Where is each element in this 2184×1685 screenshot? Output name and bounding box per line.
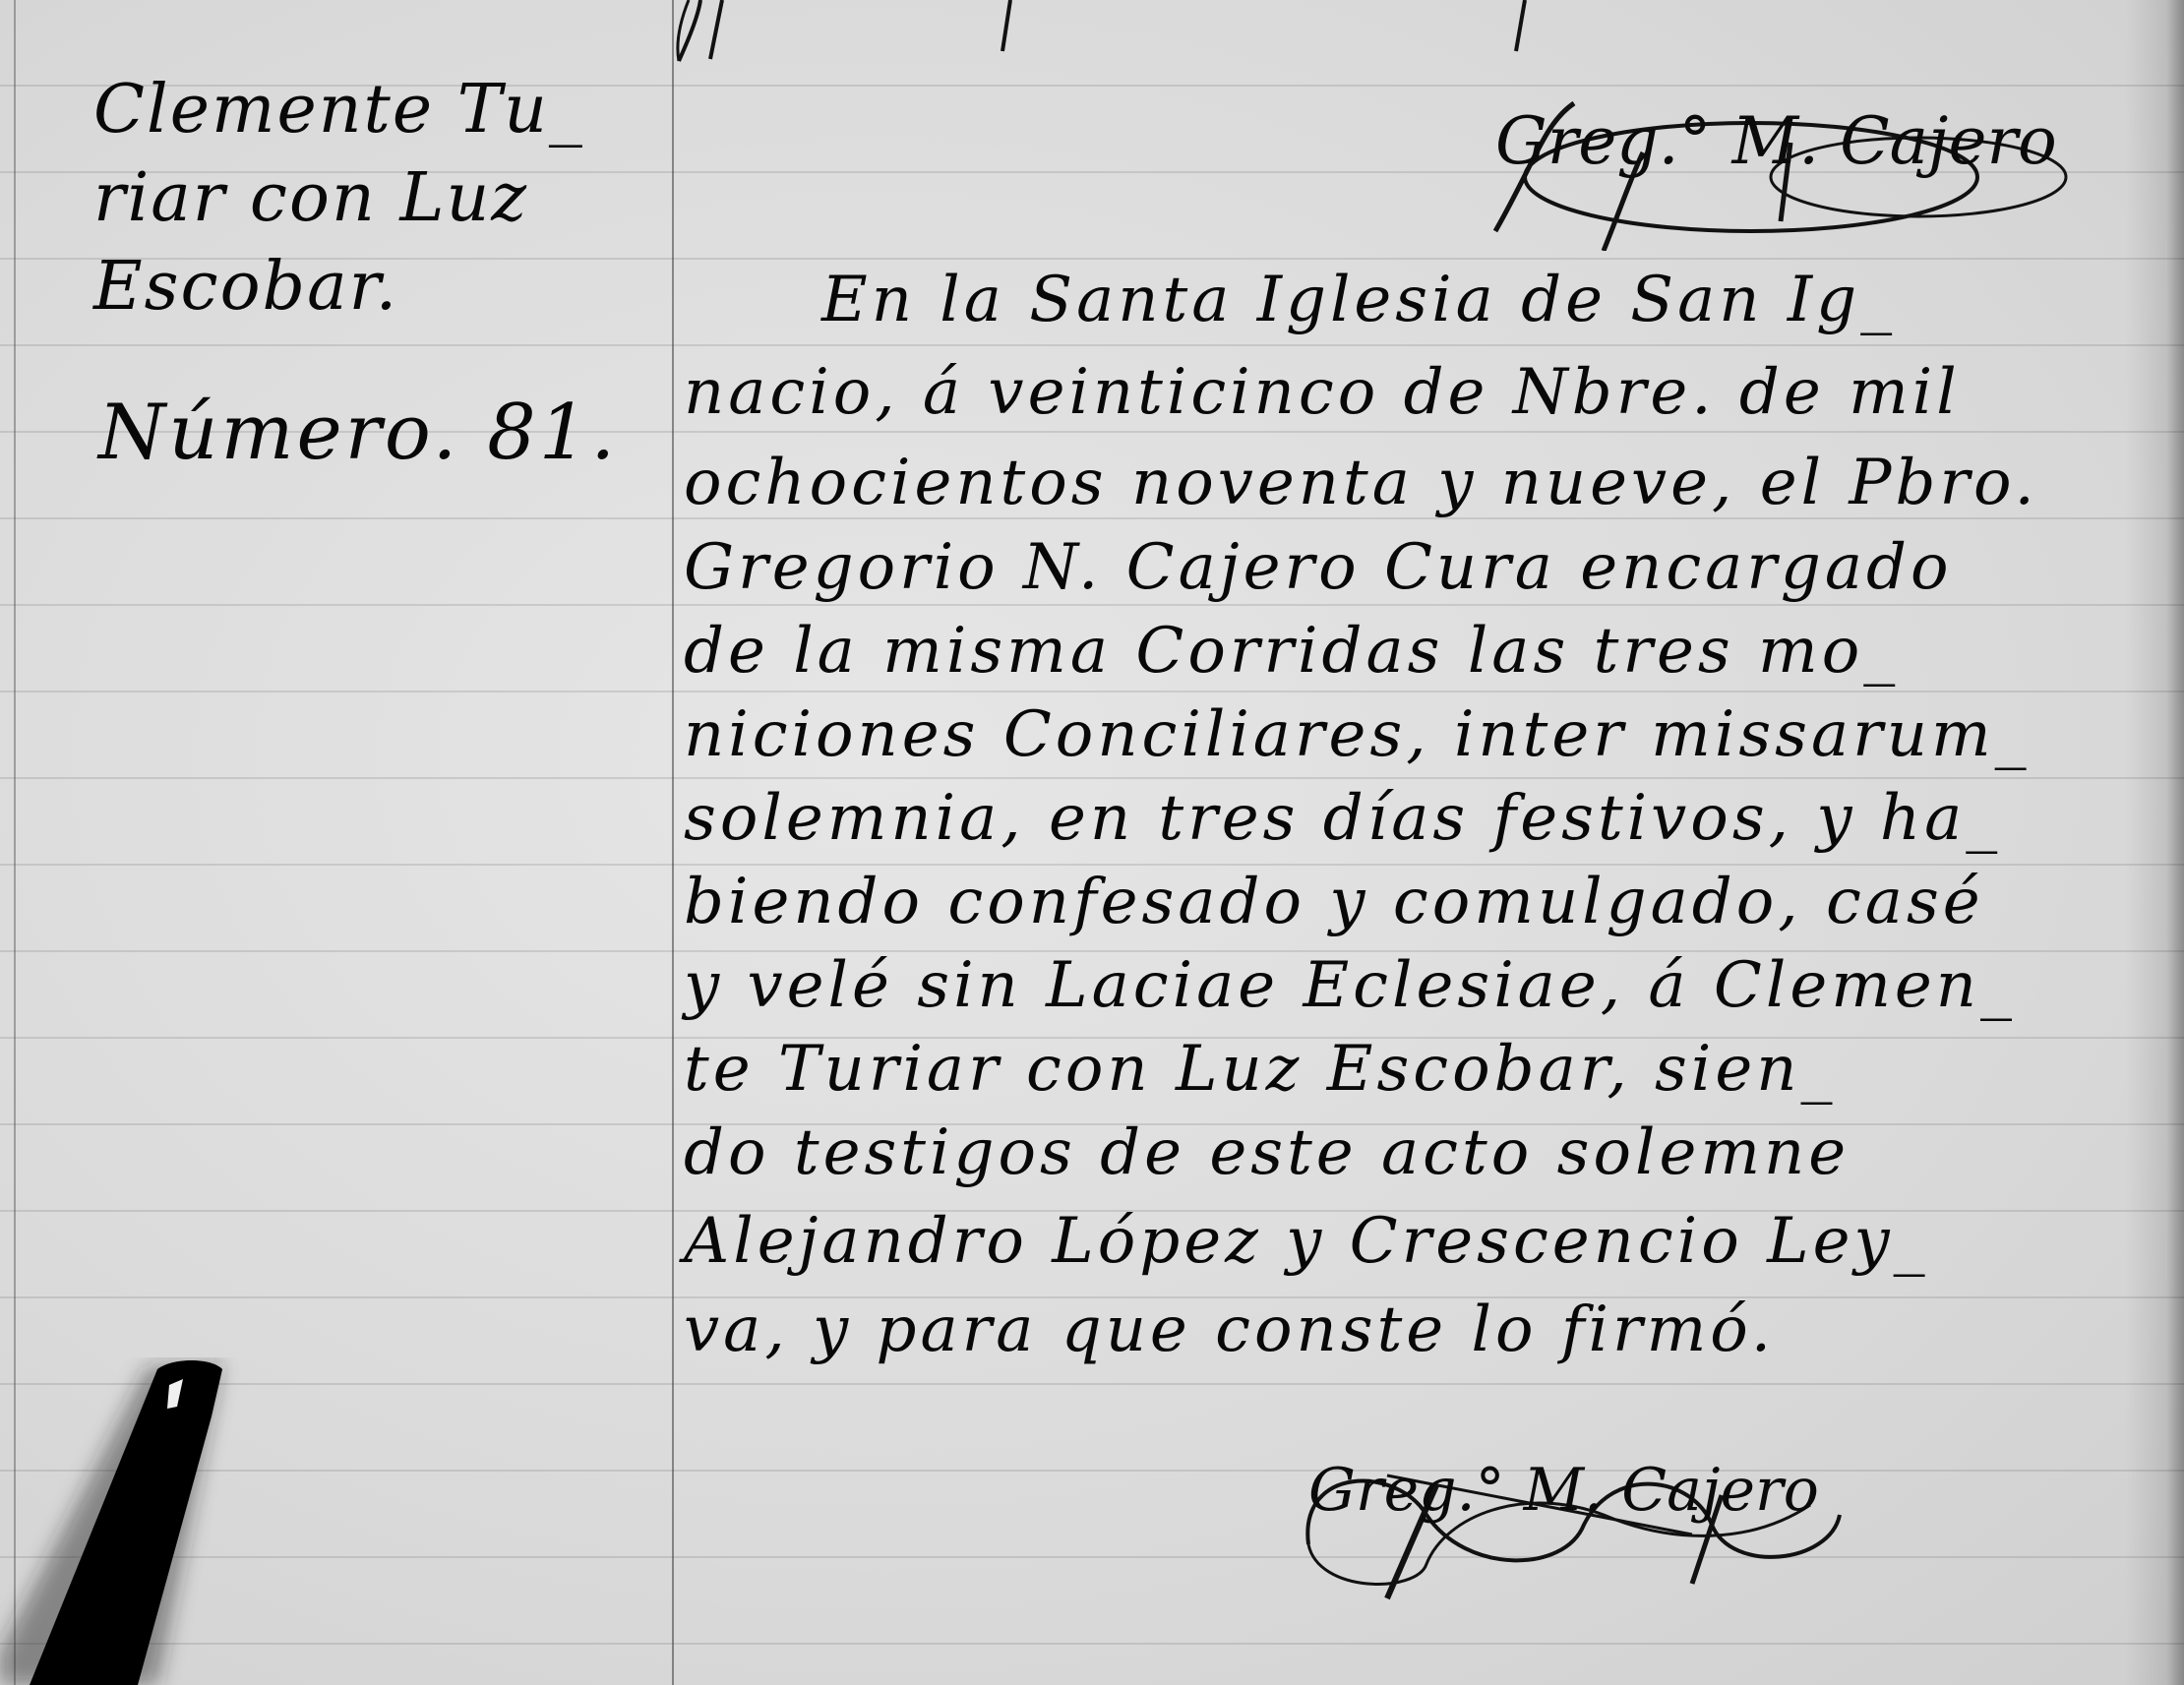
- register-page: Clemente Tu_ riar con Luz Escobar. Númer…: [0, 0, 2184, 1685]
- margin-heading-line-3: Escobar.: [93, 246, 398, 329]
- body-line-4: Gregorio N. Cajero Cura encargado: [684, 531, 1953, 604]
- body-line-9: y velé sin Laciae Eclesiae, á Clemen_: [684, 949, 2016, 1022]
- body-line-7: solemnia, en tres días festivos, y ha_: [684, 782, 2001, 855]
- body-line-3: ochocientos noventa y nueve, el Pbro.: [684, 447, 2038, 519]
- body-line-10: te Turiar con Luz Escobar, sien_: [684, 1033, 1836, 1106]
- margin-divider-rule: [672, 0, 674, 1685]
- pen-tip-icon: [0, 1357, 256, 1685]
- page-edge-shadow: [2125, 0, 2184, 1685]
- header-signature: Greg.° M. Cajero: [1456, 84, 2086, 255]
- body-line-1: En la Santa Iglesia de San Ig_: [821, 264, 1896, 336]
- body-line-13: va, y para que conste lo firmó.: [684, 1294, 1775, 1366]
- margin-heading-line-1: Clemente Tu_: [93, 69, 584, 151]
- body-line-12: Alejandro López y Crescencio Ley_: [684, 1205, 1929, 1278]
- header-signature-text: Greg.° M. Cajero: [1495, 103, 2057, 179]
- body-line-2: nacio, á veinticinco de Nbre. de mil: [684, 356, 1961, 429]
- margin-heading-line-2: riar con Luz: [93, 157, 528, 240]
- previous-entry-descenders: [0, 0, 2184, 79]
- footer-signature-text: Greg.° M. Cajero: [1308, 1456, 1819, 1525]
- body-line-11: do testigos de este acto solemne: [684, 1116, 1850, 1189]
- footer-signature: Greg.° M. Cajero: [1279, 1426, 1869, 1607]
- body-line-5: de la misma Corridas las tres mo_: [684, 615, 1899, 688]
- body-line-6: niciones Conciliares, inter missarum_: [684, 698, 2031, 771]
- body-line-8: biendo confesado y comulgado, casé: [684, 866, 1984, 938]
- entry-number: Número. 81.: [98, 389, 618, 477]
